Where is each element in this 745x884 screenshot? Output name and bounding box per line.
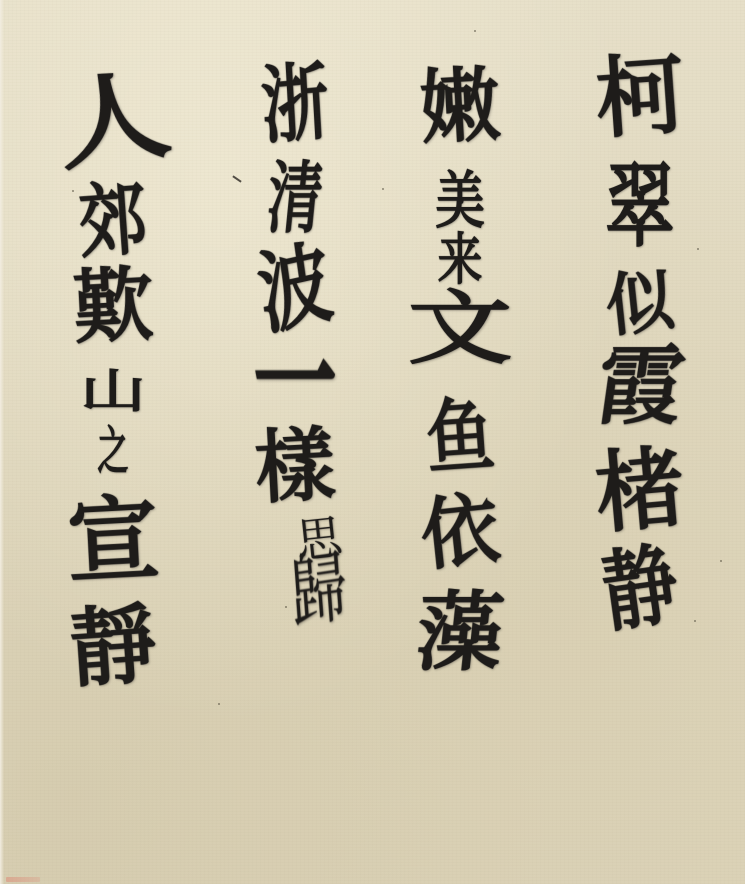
paper-speck bbox=[474, 30, 476, 32]
seal-remnant bbox=[6, 877, 40, 882]
calligraphy-paper: 柯 翠 似 霞 楮 静 嫩 美 来 文 鱼 依 藻 浙 清 波 一 樣 思 歸 … bbox=[0, 0, 745, 884]
glyph: 人 bbox=[50, 65, 175, 178]
glyph: 浙 bbox=[259, 59, 331, 149]
glyph: 樣 bbox=[253, 424, 337, 508]
glyph: 静 bbox=[597, 539, 683, 637]
paper-speck bbox=[285, 606, 287, 608]
glyph: 美 bbox=[435, 170, 485, 232]
paper-speck bbox=[697, 248, 699, 250]
calligraphy-column-4: 人 郊 歎 山 之 宣 靜 bbox=[48, 72, 178, 690]
glyph: 鱼 bbox=[423, 394, 496, 479]
glyph: 似 bbox=[603, 267, 678, 342]
glyph: 清 bbox=[264, 160, 326, 238]
paper-left-edge bbox=[0, 0, 4, 884]
glyph: 靜 bbox=[67, 601, 159, 693]
glyph: 山 bbox=[80, 368, 146, 414]
glyph: 嫩 bbox=[418, 64, 502, 148]
calligraphy-column-1: 柯 翠 似 霞 楮 静 bbox=[585, 52, 695, 632]
paper-speck bbox=[720, 560, 722, 562]
glyph: 依 bbox=[417, 490, 503, 576]
glyph: 之 bbox=[97, 426, 128, 478]
paper-speck bbox=[218, 703, 220, 705]
glyph: 来 bbox=[438, 232, 483, 288]
paper-speck bbox=[72, 190, 74, 192]
glyph: 藻 bbox=[412, 590, 507, 676]
glyph: 文 bbox=[408, 288, 512, 368]
glyph: 翠 bbox=[605, 160, 674, 252]
glyph: 郊 bbox=[76, 178, 149, 263]
glyph: 歎 bbox=[71, 264, 155, 348]
calligraphy-column-2: 嫩 美 来 文 鱼 依 藻 bbox=[400, 66, 520, 676]
calligraphy-column-3: 浙 清 波 一 樣 思 歸 bbox=[240, 62, 350, 620]
glyph: 宣 bbox=[65, 492, 162, 589]
glyph: 霞 bbox=[591, 344, 689, 430]
glyph: 楮 bbox=[592, 442, 687, 537]
glyph: 柯 bbox=[593, 49, 687, 143]
glyph: 歸 bbox=[288, 549, 350, 635]
paper-speck bbox=[694, 620, 696, 622]
paper-speck bbox=[382, 188, 384, 190]
